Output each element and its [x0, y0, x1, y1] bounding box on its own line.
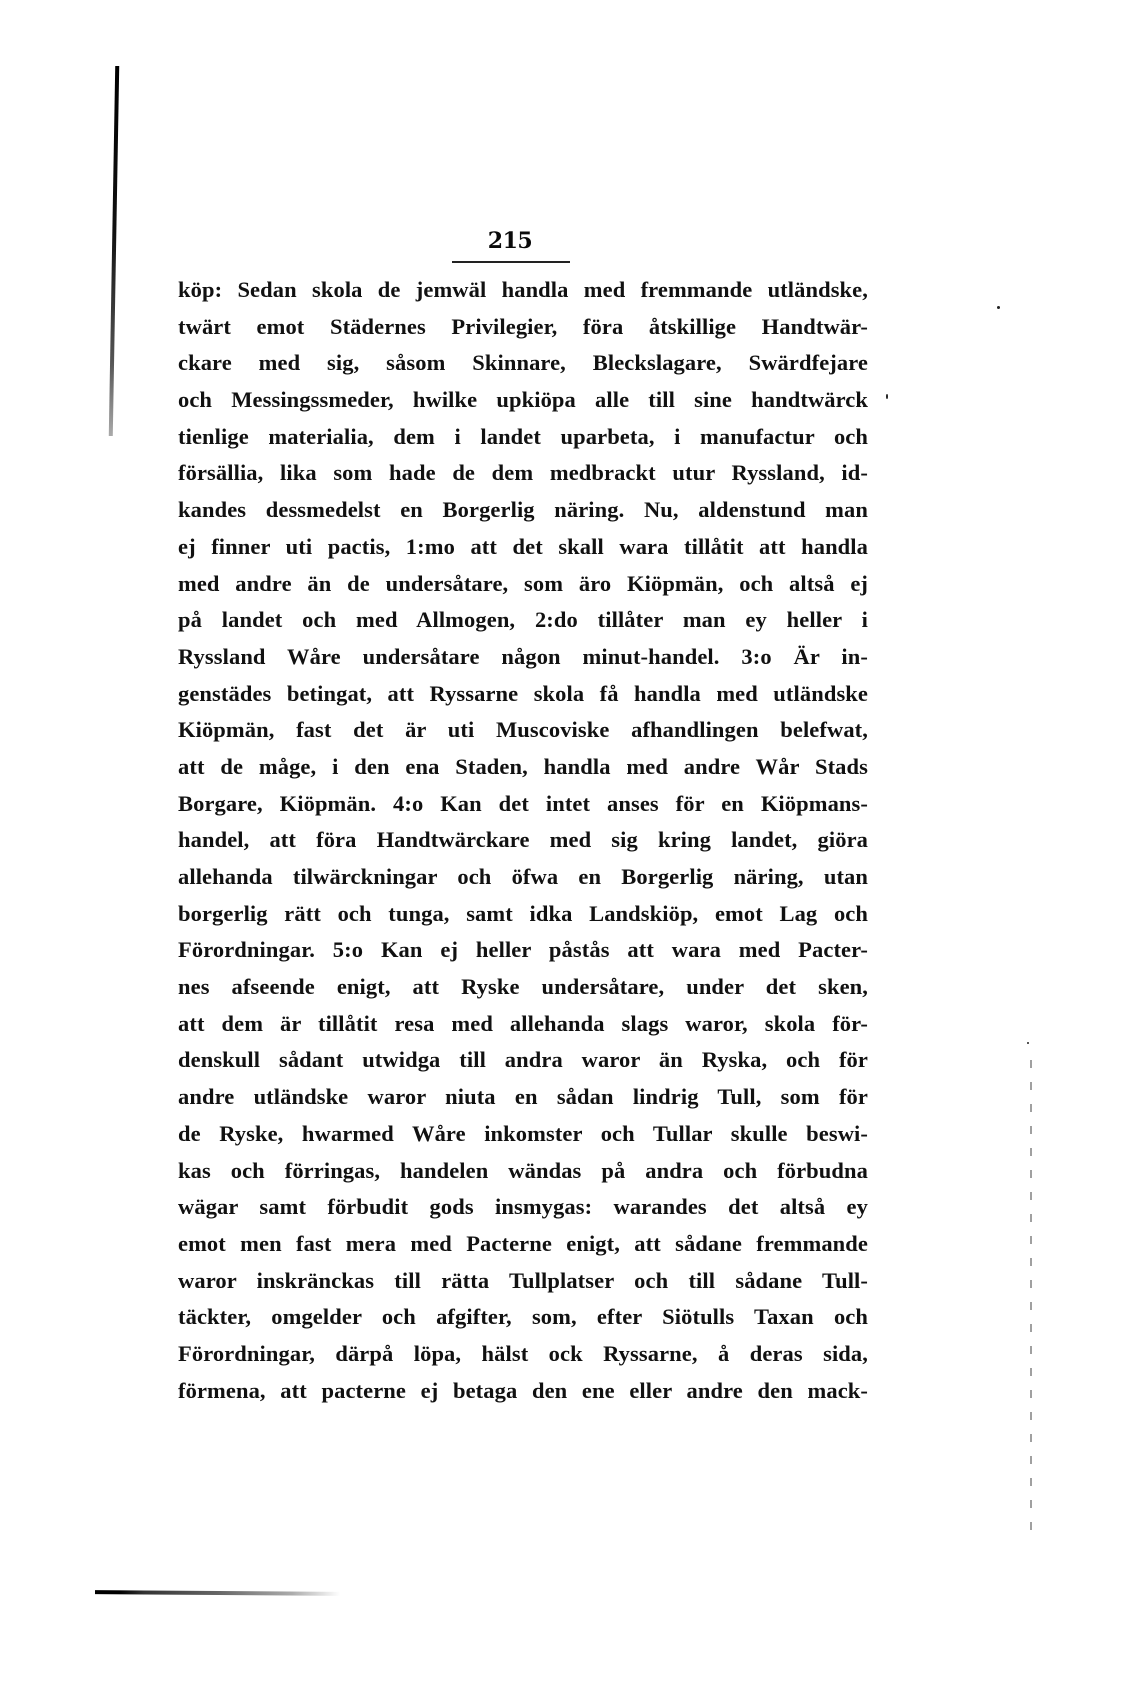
text-line: Borgare, Kiöpmän. 4:o Kan det intet anse… [178, 786, 868, 823]
text-line: de Ryske, hwarmed Wåre inkomster och Tul… [178, 1116, 868, 1153]
scan-speck [1027, 1042, 1029, 1044]
scan-edge-artifact-right [1030, 1060, 1032, 1540]
text-line: genstädes betingat, att Ryssarne skola f… [178, 676, 868, 713]
scan-edge-artifact-left [109, 66, 119, 436]
text-line: att de måge, i den ena Staden, handla me… [178, 749, 868, 786]
text-line: och Messingssmeder, hwilke upkiöpa alle … [178, 382, 868, 419]
scanned-book-page: 215 köp: Sedan skola de jemwäl handla me… [0, 0, 1140, 1691]
text-line: wägar samt förbudit gods insmygas: waran… [178, 1189, 868, 1226]
text-line: ckare med sig, såsom Skinnare, Bleckslag… [178, 345, 868, 382]
text-line: andre utländske waror niuta en sådan lin… [178, 1079, 868, 1116]
text-line: ej finner uti pactis, 1:mo att det skall… [178, 529, 868, 566]
body-text: köp: Sedan skola de jemwäl handla med fr… [178, 272, 868, 1409]
text-line: på landet och med Allmogen, 2:do tillåte… [178, 602, 868, 639]
text-line: kas och förringas, handelen wändas på an… [178, 1153, 868, 1190]
text-line: denskull sådant utwidga till andra waror… [178, 1042, 868, 1079]
text-line: med andre än de undersåtare, som äro Kiö… [178, 566, 868, 603]
text-line: waror inskränckas till rätta Tullplatser… [178, 1263, 868, 1300]
text-line: Förordningar. 5:o Kan ej heller påstås a… [178, 932, 868, 969]
text-line: allehanda tilwärckningar och öfwa en Bor… [178, 859, 868, 896]
text-line: tienlige materialia, dem i landet uparbe… [178, 419, 868, 456]
text-line: kandes dessmedelst en Borgerlig näring. … [178, 492, 868, 529]
header-rule [452, 261, 570, 263]
text-line: förmena, att pacterne ej betaga den ene … [178, 1373, 868, 1410]
text-line: försällia, lika som hade de dem medbrack… [178, 455, 868, 492]
text-line: twärt emot Städernes Privilegier, föra å… [178, 309, 868, 346]
scan-speck [997, 306, 1000, 309]
text-line: köp: Sedan skola de jemwäl handla med fr… [178, 272, 868, 309]
text-line: täckter, omgelder och afgifter, som, eft… [178, 1299, 868, 1336]
text-line: nes afseende enigt, att Ryske undersåtar… [178, 969, 868, 1006]
text-line: att dem är tillåtit resa med allehanda s… [178, 1006, 868, 1043]
text-line: emot men fast mera med Pacterne enigt, a… [178, 1226, 868, 1263]
text-line: borgerlig rätt och tunga, samt idka Land… [178, 896, 868, 933]
text-line: handel, att föra Handtwärckare med sig k… [178, 822, 868, 859]
scan-speck [886, 394, 888, 399]
scan-edge-artifact-bottom [95, 1590, 340, 1596]
page-number: 215 [440, 226, 580, 256]
text-line: Förordningar, därpå löpa, hälst ock Ryss… [178, 1336, 868, 1373]
text-line: Ryssland Wåre undersåtare någon minut-ha… [178, 639, 868, 676]
text-line: Kiöpmän, fast det är uti Muscoviske afha… [178, 712, 868, 749]
